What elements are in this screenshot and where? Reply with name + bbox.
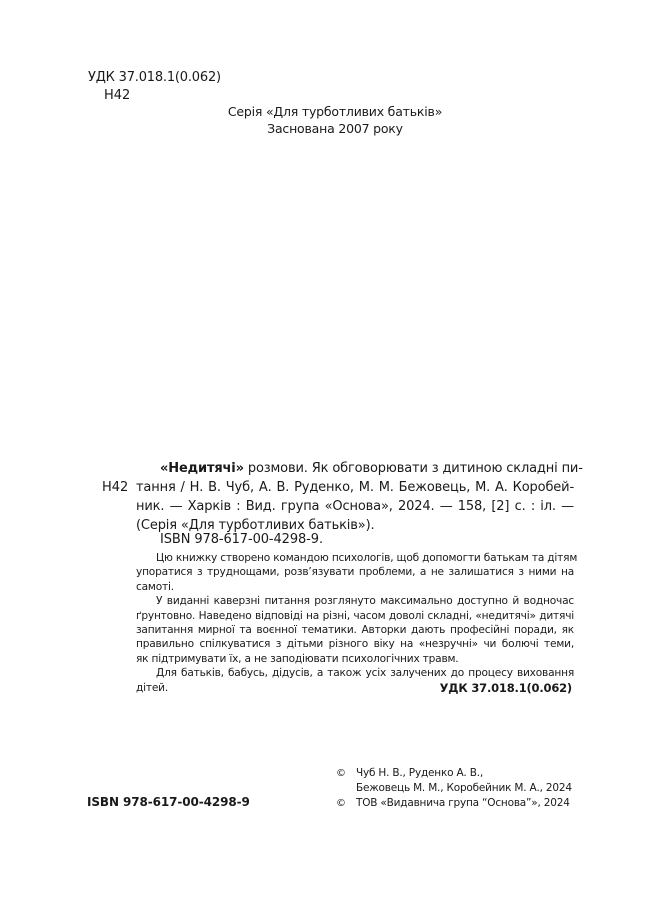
copyright-publisher-text: ТОВ «Видавнича група “Основа”», 2024 xyxy=(356,796,570,811)
copyright-authors-text: Чуб Н. В., Руденко А. В., Бежовець М. М.… xyxy=(356,766,572,796)
annotation-p2-line: як підтримувати їх, а не заподіювати пси… xyxy=(136,652,574,666)
series-founded: Заснована 2007 року xyxy=(180,120,490,137)
isbn-record: ISBN 978-617-00-4298-9. xyxy=(160,532,323,548)
series-title: Серія «Для турботливих батьків» xyxy=(180,103,490,120)
annotation: Цю книжку створено командою психологів, … xyxy=(136,551,574,695)
udk-classification-bottom: УДК 37.018.1(0.062) xyxy=(400,680,572,696)
copyright-icon: © xyxy=(336,796,356,811)
biblio-line-1-text: розмови. Як обговорювати з дитиною склад… xyxy=(244,461,583,476)
annotation-p3-line: Для батьків, бабусь, дідусів, а також ус… xyxy=(136,666,574,680)
annotation-p2-line: правильно спілкуватися з дітьми різного … xyxy=(136,637,574,651)
bibliographic-record: «Недитячі» розмови. Як обговорювати з ди… xyxy=(136,459,574,535)
annotation-p2-line: ґрунтовно. Наведено відповіді на різні, … xyxy=(136,609,574,623)
copyright-block: © Чуб Н. В., Руденко А. В., Бежовець М. … xyxy=(336,766,576,811)
annotation-p2-line: запитання мирної та воєнної тематики. Ав… xyxy=(136,623,574,637)
series-info: Серія «Для турботливих батьків» Заснован… xyxy=(180,103,490,137)
copyright-icon: © xyxy=(336,766,356,781)
author-code-record: Н42 xyxy=(102,478,128,497)
book-title: «Недитячі» xyxy=(160,461,244,476)
biblio-line-3: ник. — Харків : Вид. група «Основа», 202… xyxy=(136,497,574,516)
biblio-line-2: тання / Н. В. Чуб, А. В. Руденко, М. М. … xyxy=(136,478,574,497)
copyright-publisher-line: ТОВ «Видавнича група “Основа”», 2024 xyxy=(356,796,570,811)
copyright-authors-line: Бежовець М. М., Коробейник М. А., 2024 xyxy=(356,781,572,796)
isbn-footer: ISBN 978-617-00-4298-9 xyxy=(87,794,250,810)
author-code-top: Н42 xyxy=(104,88,130,104)
copyright-publisher: © ТОВ «Видавнича група “Основа”», 2024 xyxy=(336,796,576,811)
copyright-authors-line: Чуб Н. В., Руденко А. В., xyxy=(356,766,572,781)
biblio-line-1: «Недитячі» розмови. Як обговорювати з ди… xyxy=(136,459,574,478)
copyright-authors: © Чуб Н. В., Руденко А. В., Бежовець М. … xyxy=(336,766,576,796)
annotation-p1-line: самоті. xyxy=(136,580,574,594)
annotation-p2-line: У виданні каверзні питання розглянуто ма… xyxy=(136,594,574,608)
udk-classification-top: УДК 37.018.1(0.062) xyxy=(88,70,221,86)
annotation-p1-line: упоратися з труднощами, розв’язувати про… xyxy=(136,565,574,579)
annotation-p1-line: Цю книжку створено командою психологів, … xyxy=(136,551,574,565)
